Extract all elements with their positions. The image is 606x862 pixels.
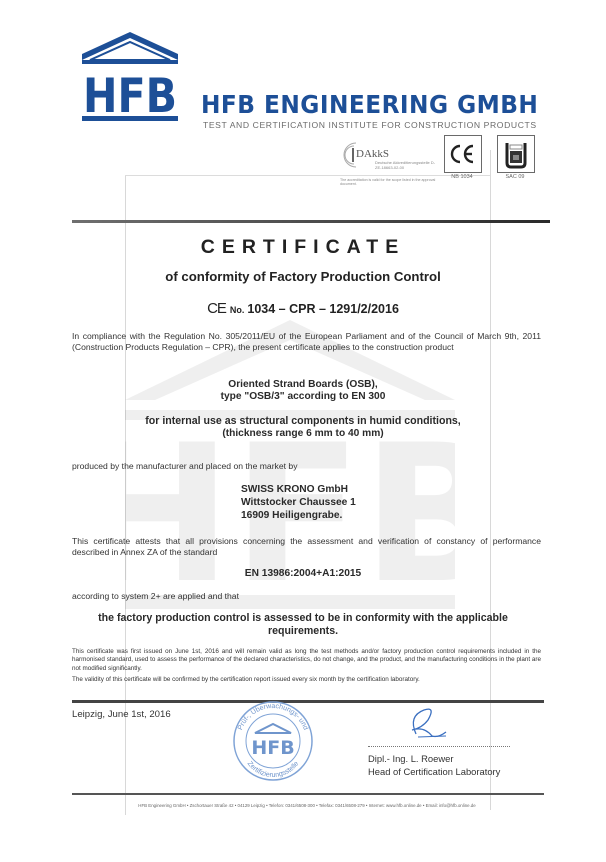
sac-mark	[497, 135, 535, 173]
hfb-stamp-icon: Prüf-, Überwachungs- und Zertifizierungs…	[232, 700, 314, 782]
svg-text:HFB: HFB	[83, 69, 177, 122]
sac-mark-icon	[498, 136, 534, 172]
ce-symbol-icon: CE	[207, 300, 226, 317]
svg-text:Zertifizierungsstelle: Zertifizierungsstelle	[246, 760, 301, 779]
hfb-logo-icon: HFB	[82, 32, 178, 122]
validity-paragraph: This certificate was first issued on Jun…	[72, 648, 541, 673]
number-prefix: No.	[230, 305, 245, 315]
conclusion-statement: the factory production control is assess…	[90, 612, 516, 638]
ce-mark-label: NB 1034	[442, 174, 482, 180]
signer-title: Head of Certification Laboratory	[368, 766, 500, 777]
confirmation-paragraph: The validity of this certificate will be…	[72, 676, 541, 684]
ce-mark	[444, 135, 482, 173]
signature-icon	[402, 706, 452, 742]
dakks-subtitle: Deutsche Akkreditierungsstelle D-ZE-1866…	[375, 160, 440, 170]
svg-text:HFB: HFB	[251, 737, 294, 759]
certificate-number: CENo.1034 – CPR – 1291/2/2016	[0, 300, 606, 317]
manufacturer-intro: produced by the manufacturer and placed …	[72, 461, 541, 472]
manufacturer-name: SWISS KRONO GmbH	[241, 483, 356, 496]
manufacturer-street: Wittstocker Chaussee 1	[241, 496, 356, 509]
compliance-paragraph: In compliance with the Regulation No. 30…	[72, 331, 541, 353]
footer-rule	[72, 793, 544, 795]
manufacturer-city: 16909 Heiligengrabe.	[241, 509, 356, 522]
dakks-name: DAkkS	[356, 148, 389, 160]
ce-mark-icon	[445, 136, 481, 172]
standard-reference: EN 13986:2004+A1:2015	[0, 568, 606, 579]
footer-contact: HFB Engineering GmbH • Zschortauer Straß…	[72, 803, 542, 808]
sac-mark-label: SAC 09	[495, 174, 535, 180]
product-line-1: Oriented Strand Boards (OSB),	[0, 379, 606, 390]
attest-paragraph: This certificate attests that all provis…	[72, 536, 541, 558]
company-tagline: TEST AND CERTIFICATION INSTITUTE FOR CON…	[203, 120, 537, 130]
signer-name: Dipl.- Ing. L. Roewer	[368, 753, 453, 764]
place-date: Leipzig, June 1st, 2016	[72, 709, 171, 720]
dakks-note: The accreditation is valid for the scope…	[340, 178, 445, 186]
number-value: 1034 – CPR – 1291/2/2016	[247, 302, 399, 316]
dakks-accreditation: DAkkS Deutsche Akkreditierungsstelle D-Z…	[340, 140, 445, 185]
certificate-title: CERTIFICATE	[0, 236, 606, 259]
system-line: according to system 2+ are applied and t…	[72, 591, 541, 602]
manufacturer-address: SWISS KRONO GmbH Wittstocker Chaussee 1 …	[241, 483, 356, 522]
certificate-subtitle: of conformity of Factory Production Cont…	[0, 269, 606, 284]
use-line-2: (thickness range 6 mm to 40 mm)	[0, 428, 606, 439]
signature-line	[368, 746, 510, 747]
product-line-2: type "OSB/3" according to EN 300	[0, 391, 606, 402]
company-name: HFB ENGINEERING GMBH	[201, 90, 538, 119]
use-line-1: for internal use as structural component…	[0, 415, 606, 427]
svg-text:Prüf-, Überwachungs- und: Prüf-, Überwachungs- und	[237, 703, 309, 731]
header-divider	[72, 220, 550, 223]
